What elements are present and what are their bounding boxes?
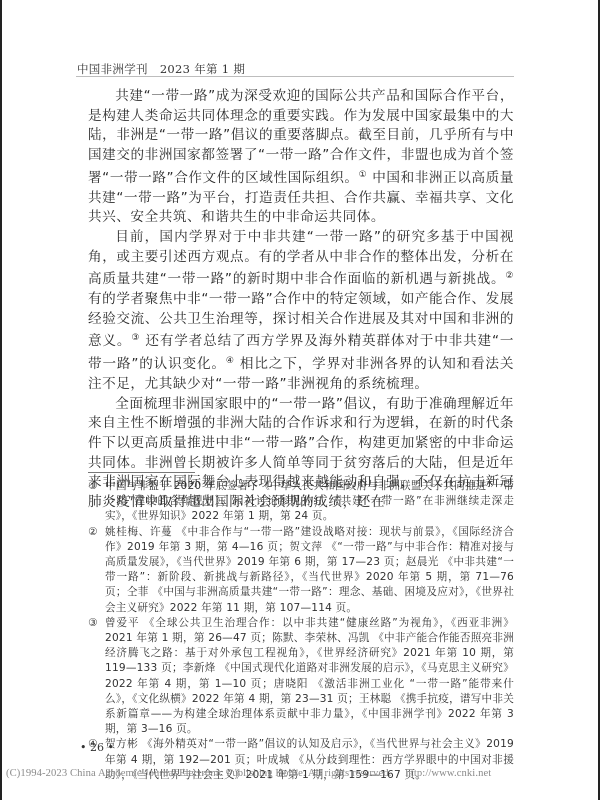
footnote-number: ① bbox=[88, 479, 105, 525]
footnote-item: ①中国与非盟于 2020 年底签署了《中华人民共和国政府与非洲联盟关于共同推进“… bbox=[88, 479, 514, 525]
footnote-item: ②姚桂梅、许蔓 《中非合作与“一带一路”建设战略对接：现状与前景》，《国际经济合… bbox=[88, 525, 514, 616]
footnote-separator bbox=[88, 472, 195, 473]
footnote-text: 曾爱平 《全球公共卫生治理合作：以中非共建“健康丝路”为视角》，《西亚非洲》20… bbox=[105, 616, 514, 738]
header-rule bbox=[76, 76, 514, 77]
article-body: 共建“一带一路”成为深受欢迎的国际公共产品和国际合作平台，是构建人类命运共同体理… bbox=[88, 87, 514, 513]
footnote-text: 中国与非盟于 2020 年底签署了《中华人民共和国政府与非洲联盟关于共同推进“一… bbox=[105, 479, 514, 525]
footnote-reference[interactable]: ③ bbox=[131, 333, 140, 343]
body-paragraph: 共建“一带一路”成为深受欢迎的国际公共产品和国际合作平台，是构建人类命运共同体理… bbox=[88, 87, 514, 228]
issue-label: 2023 年第 1 期 bbox=[160, 62, 245, 76]
footnote-reference[interactable]: ② bbox=[505, 271, 514, 281]
paragraph-text: 目前，国内学界对于中非共建“一带一路”的研究多基于中国视角，或主要引述西方观点。… bbox=[88, 229, 514, 287]
footnotes: ①中国与非盟于 2020 年底签署了《中华人民共和国政府与非洲联盟关于共同推进“… bbox=[88, 479, 514, 783]
page-number: • 26 • bbox=[80, 741, 114, 754]
footnote-text: 姚桂梅、许蔓 《中非合作与“一带一路”建设战略对接：现状与前景》，《国际经济合作… bbox=[105, 525, 514, 616]
copyright-text: (C)1994-2023 China Academic Journal Elec… bbox=[6, 768, 391, 779]
footnote-reference[interactable]: ④ bbox=[226, 356, 235, 366]
journal-name: 中国非洲学刊 bbox=[77, 62, 148, 76]
body-paragraph: 目前，国内学界对于中非共建“一带一路”的研究多基于中国视角，或主要引述西方观点。… bbox=[88, 228, 514, 395]
footnote-item: ③曾爱平 《全球公共卫生治理合作：以中非共建“健康丝路”为视角》，《西亚非洲》2… bbox=[88, 616, 514, 738]
footnote-number: ② bbox=[88, 525, 105, 616]
footnote-reference[interactable]: ① bbox=[359, 170, 368, 180]
running-head: 中国非洲学刊2023 年第 1 期 bbox=[77, 61, 245, 77]
footnote-number: ③ bbox=[88, 616, 105, 738]
copyright-line: (C)1994-2023 China Academic Journal Elec… bbox=[6, 768, 491, 779]
cnki-link[interactable]: http://www.cnki.net bbox=[405, 768, 491, 779]
